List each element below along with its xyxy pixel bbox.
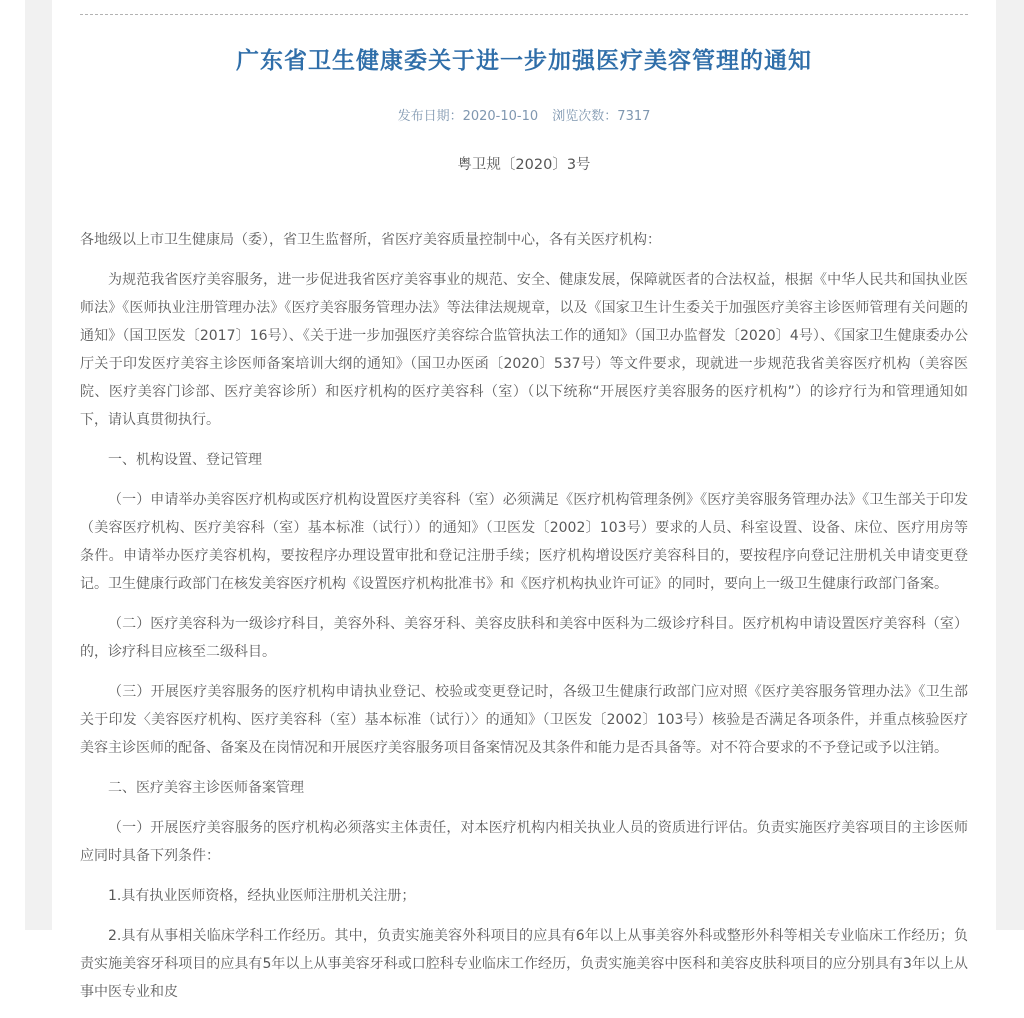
paragraph: （一）申请举办美容医疗机构或医疗机构设置医疗美容科（室）必须满足《医疗机构管理条… xyxy=(80,486,968,598)
paragraph: 一、机构设置、登记管理 xyxy=(80,446,968,474)
paragraph: 二、医疗美容主诊医师备案管理 xyxy=(80,774,968,802)
paragraph: 2.具有从事相关临床学科工作经历。其中，负责实施美容外科项目的应具有6年以上从事… xyxy=(80,922,968,930)
view-count: 浏览次数：7317 xyxy=(552,109,650,124)
publish-date: 发布日期：2020-10-10 xyxy=(398,109,539,124)
paragraph: （一）开展医疗美容服务的医疗机构必须落实主体责任，对本医疗机构内相关执业人员的资… xyxy=(80,814,968,870)
top-divider xyxy=(80,14,968,15)
doc-number: 粤卫规〔2020〕3号 xyxy=(80,153,968,174)
paragraph: 为规范我省医疗美容服务，进一步促进我省医疗美容事业的规范、安全、健康发展，保障就… xyxy=(80,266,968,434)
paragraph: （二）医疗美容科为一级诊疗科目，美容外科、美容牙科、美容皮肤科和美容中医科为二级… xyxy=(80,610,968,666)
right-gray-band xyxy=(996,0,1024,930)
page-title: 广东省卫生健康委关于进一步加强医疗美容管理的通知 xyxy=(80,47,968,77)
paragraph: 1.具有执业医师资格，经执业医师注册机关注册； xyxy=(80,882,968,910)
article: 广东省卫生健康委关于进一步加强医疗美容管理的通知 发布日期：2020-10-10… xyxy=(80,0,968,930)
paragraph: （三）开展医疗美容服务的医疗机构申请执业登记、校验或变更登记时，各级卫生健康行政… xyxy=(80,678,968,762)
paragraph: 各地级以上市卫生健康局（委），省卫生监督所，省医疗美容质量控制中心，各有关医疗机… xyxy=(80,226,968,254)
article-body: 各地级以上市卫生健康局（委），省卫生监督所，省医疗美容质量控制中心，各有关医疗机… xyxy=(80,226,968,930)
article-meta: 发布日期：2020-10-10 浏览次数：7317 xyxy=(80,105,968,124)
left-gray-band xyxy=(25,0,52,930)
